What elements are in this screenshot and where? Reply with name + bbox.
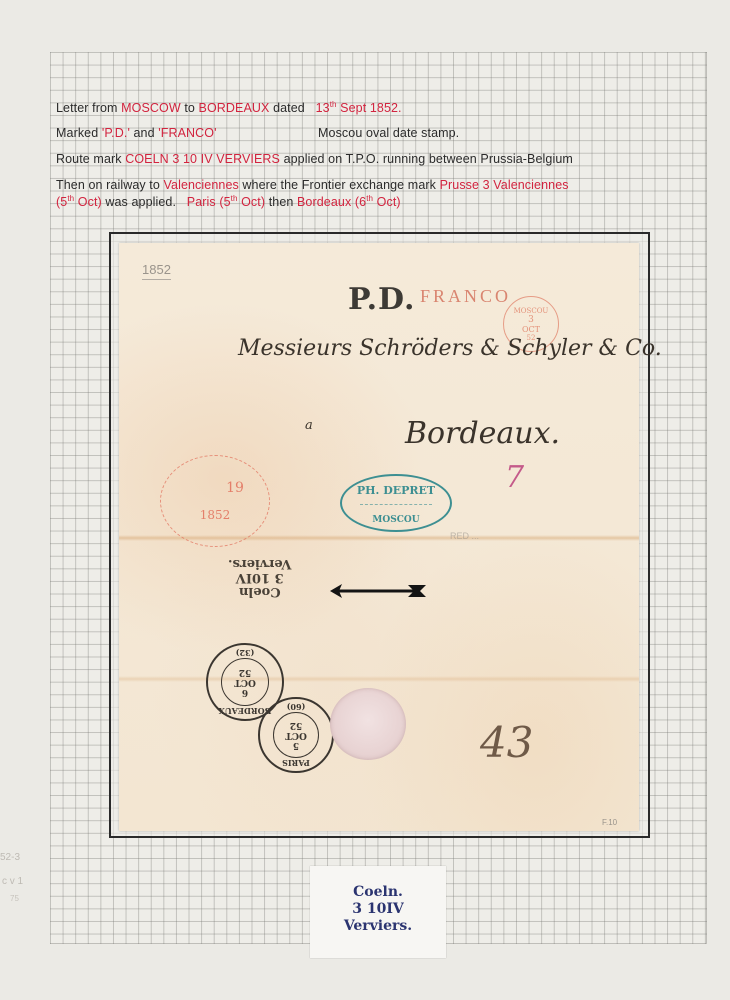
route-mark-label: COELN 3 10 IV VERVIERS [125, 152, 280, 166]
album-page: Letter from MOSCOW to BORDEAUX dated 13t… [0, 0, 730, 1000]
pencil-year: 1852 [142, 262, 171, 280]
paris-transit-stamp: PARIS 5 OCT 52 (60) [258, 697, 334, 773]
note-text: and [130, 126, 158, 140]
route-mark-sample-label: Coeln. 3 10IV Verviers. [310, 866, 446, 958]
note-line-2: Marked 'P.D.' and 'FRANCO' Moscou oval d… [56, 126, 217, 140]
origin-city: MOSCOW [121, 101, 181, 115]
note-line-5: (5th Oct) was applied. Paris (5th Oct) t… [56, 194, 401, 209]
pencil-note: RED ... [450, 531, 479, 541]
note-text: where the Frontier exchange mark [239, 178, 440, 192]
address-city: Bordeaux. [405, 416, 560, 451]
note-line-4: Then on railway to Valenciennes where th… [56, 178, 569, 192]
note-text: Route mark [56, 152, 125, 166]
arrow-left-icon [330, 583, 426, 599]
label-line: Verviers. [310, 918, 446, 935]
note-text: to [181, 101, 199, 115]
note-line-1: Letter from MOSCOW to BORDEAUX dated 13t… [56, 100, 402, 115]
valenciennes-date: (5th Oct) [56, 195, 102, 209]
depret-oval-stamp: PH. DEPRET MOSCOU [340, 474, 452, 532]
margin-note: 52-3 [0, 852, 20, 863]
paris-date: Paris (5th Oct) [187, 195, 265, 209]
franco-mark-label: 'FRANCO' [158, 126, 216, 140]
note-text: Then on railway to [56, 178, 164, 192]
wax-seal [330, 688, 406, 760]
manuscript-rate-mark: 7 [505, 460, 524, 495]
fold-line [119, 676, 639, 682]
manuscript-total: 43 [480, 718, 533, 767]
margin-note: 75 [10, 894, 19, 903]
address-recipient: Messieurs Schröders & Schyler & Co. [238, 336, 662, 361]
label-line: Coeln. [310, 884, 446, 901]
margin-note: c v 1 [2, 876, 23, 887]
destination-city: BORDEAUX [199, 101, 270, 115]
note-line-3: Route mark COELN 3 10 IV VERVIERS applie… [56, 152, 573, 166]
bordeaux-date: Bordeaux (6th Oct) [297, 195, 401, 209]
franco-handstamp: FRANCO [420, 286, 511, 307]
address-prefix: a [305, 418, 313, 433]
note-text: Marked [56, 126, 102, 140]
exchange-mark-label: Prusse 3 Valenciennes [440, 178, 569, 192]
valenciennes-label: Valenciennes [164, 178, 239, 192]
oval-stamp-note: Moscou oval date stamp. [318, 126, 459, 140]
coeln-verviers-route-mark: Coeln 3 10IV Verviers. [228, 556, 291, 598]
valenciennes-exchange-stamp: 19 1852 [160, 455, 270, 547]
pd-mark-label: 'P.D.' [102, 126, 130, 140]
note-text: Letter from [56, 101, 121, 115]
note-text: was applied. [102, 195, 176, 209]
note-text: applied on T.P.O. running between Prussi… [280, 152, 573, 166]
pd-handstamp: P.D. [348, 282, 415, 317]
label-line: 3 10IV [310, 901, 446, 918]
note-text: dated [270, 101, 309, 115]
note-text: then [265, 195, 297, 209]
corner-note: F.10 [602, 818, 617, 827]
letter-date: 13th Sept 1852. [316, 101, 402, 115]
